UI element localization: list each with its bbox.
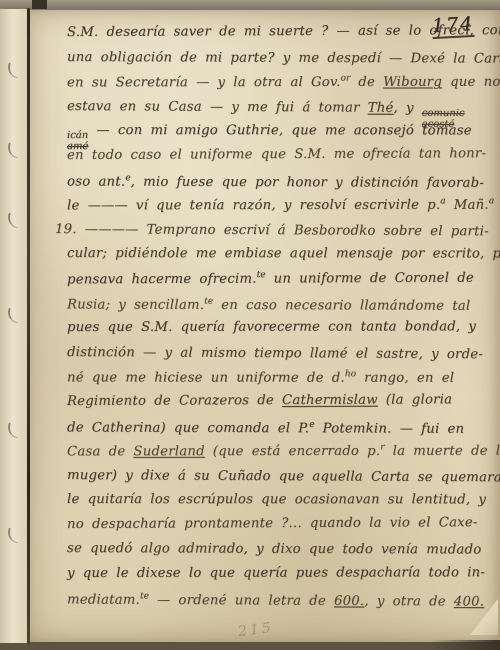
manuscript-line: Casa de Suderland (que está encerrado p.… [67,442,496,467]
manuscript-line: en todo caso el uniforme que S.M. me ofr… [67,146,496,172]
margin-ink-mark [6,63,21,79]
manuscript-line: Regimiento de Corazeros de Cathermislaw … [67,392,496,418]
manuscript-line: icánamé — con mi amigo Guthrie, que me a… [67,123,496,148]
manuscript-line: pues que S.M. quería favorecerme con tan… [67,319,496,344]
manuscript-line: muger) y dixe á su Cuñado que aquella Ca… [67,468,496,495]
manuscript-line: cular; pidiéndole me embiase aquel mensa… [67,246,496,271]
manuscript-page: 174 S.M. desearía saver de mi suerte ? —… [30,10,500,642]
margin-ink-mark [6,143,21,159]
manuscript-line: mediatam.te — ordené una letra de 600., … [67,591,496,618]
manuscript-line: Rusia; y sencillam.te en caso necesario … [67,296,496,322]
page-curl-shadow [430,640,500,650]
manuscript-line: estava en su Casa — y me fui á tomar Thé… [67,99,496,126]
manuscript-line: no despacharía prontamente ?... quando l… [67,515,496,541]
facing-page-edge [0,9,29,643]
margin-ink-mark [6,528,21,544]
manuscript-line: le ——— ví que tenía razón, y resolví esc… [67,196,496,221]
margin-ink-mark [6,308,21,324]
manuscript-line: pensava hacerme ofrecim.te un uniforme d… [67,269,496,295]
manuscript-lines: S.M. desearía saver de mi suerte ? — así… [67,25,496,615]
margin-ink-mark [6,213,21,229]
margin-ink-mark [6,423,21,439]
manuscript-line: de Catherina) que comanda el P.e Potemki… [67,419,496,445]
manuscript-line: le quitaría los escrúpulos que ocasionav… [67,492,496,517]
manuscript-line: 19. ———— Temprano escriví á Besborodko s… [55,222,496,249]
manuscript-line: una obligación de mi parte? y me despedí… [67,50,496,76]
pencil-page-number: 215 [237,620,274,640]
manuscript-line: en su Secretaría — y la otra al Gov.or d… [67,73,496,98]
manuscript-line: se quedó algo admirado, y dixo que todo … [67,541,496,567]
manuscript-line: S.M. desearía saver de mi suerte ? — así… [67,23,496,49]
manuscript-line: oso ant.e, mio fuese que por honor y dis… [67,173,496,199]
manuscript-line: distinción — y al mismo tiempo llamé el … [67,345,496,372]
manuscript-line: né que me hiciese un uniforme de d.ho ra… [67,369,496,394]
manuscript-line: y que le dixese lo que quería pues despa… [67,565,496,590]
scan-edge-notch [32,0,47,9]
